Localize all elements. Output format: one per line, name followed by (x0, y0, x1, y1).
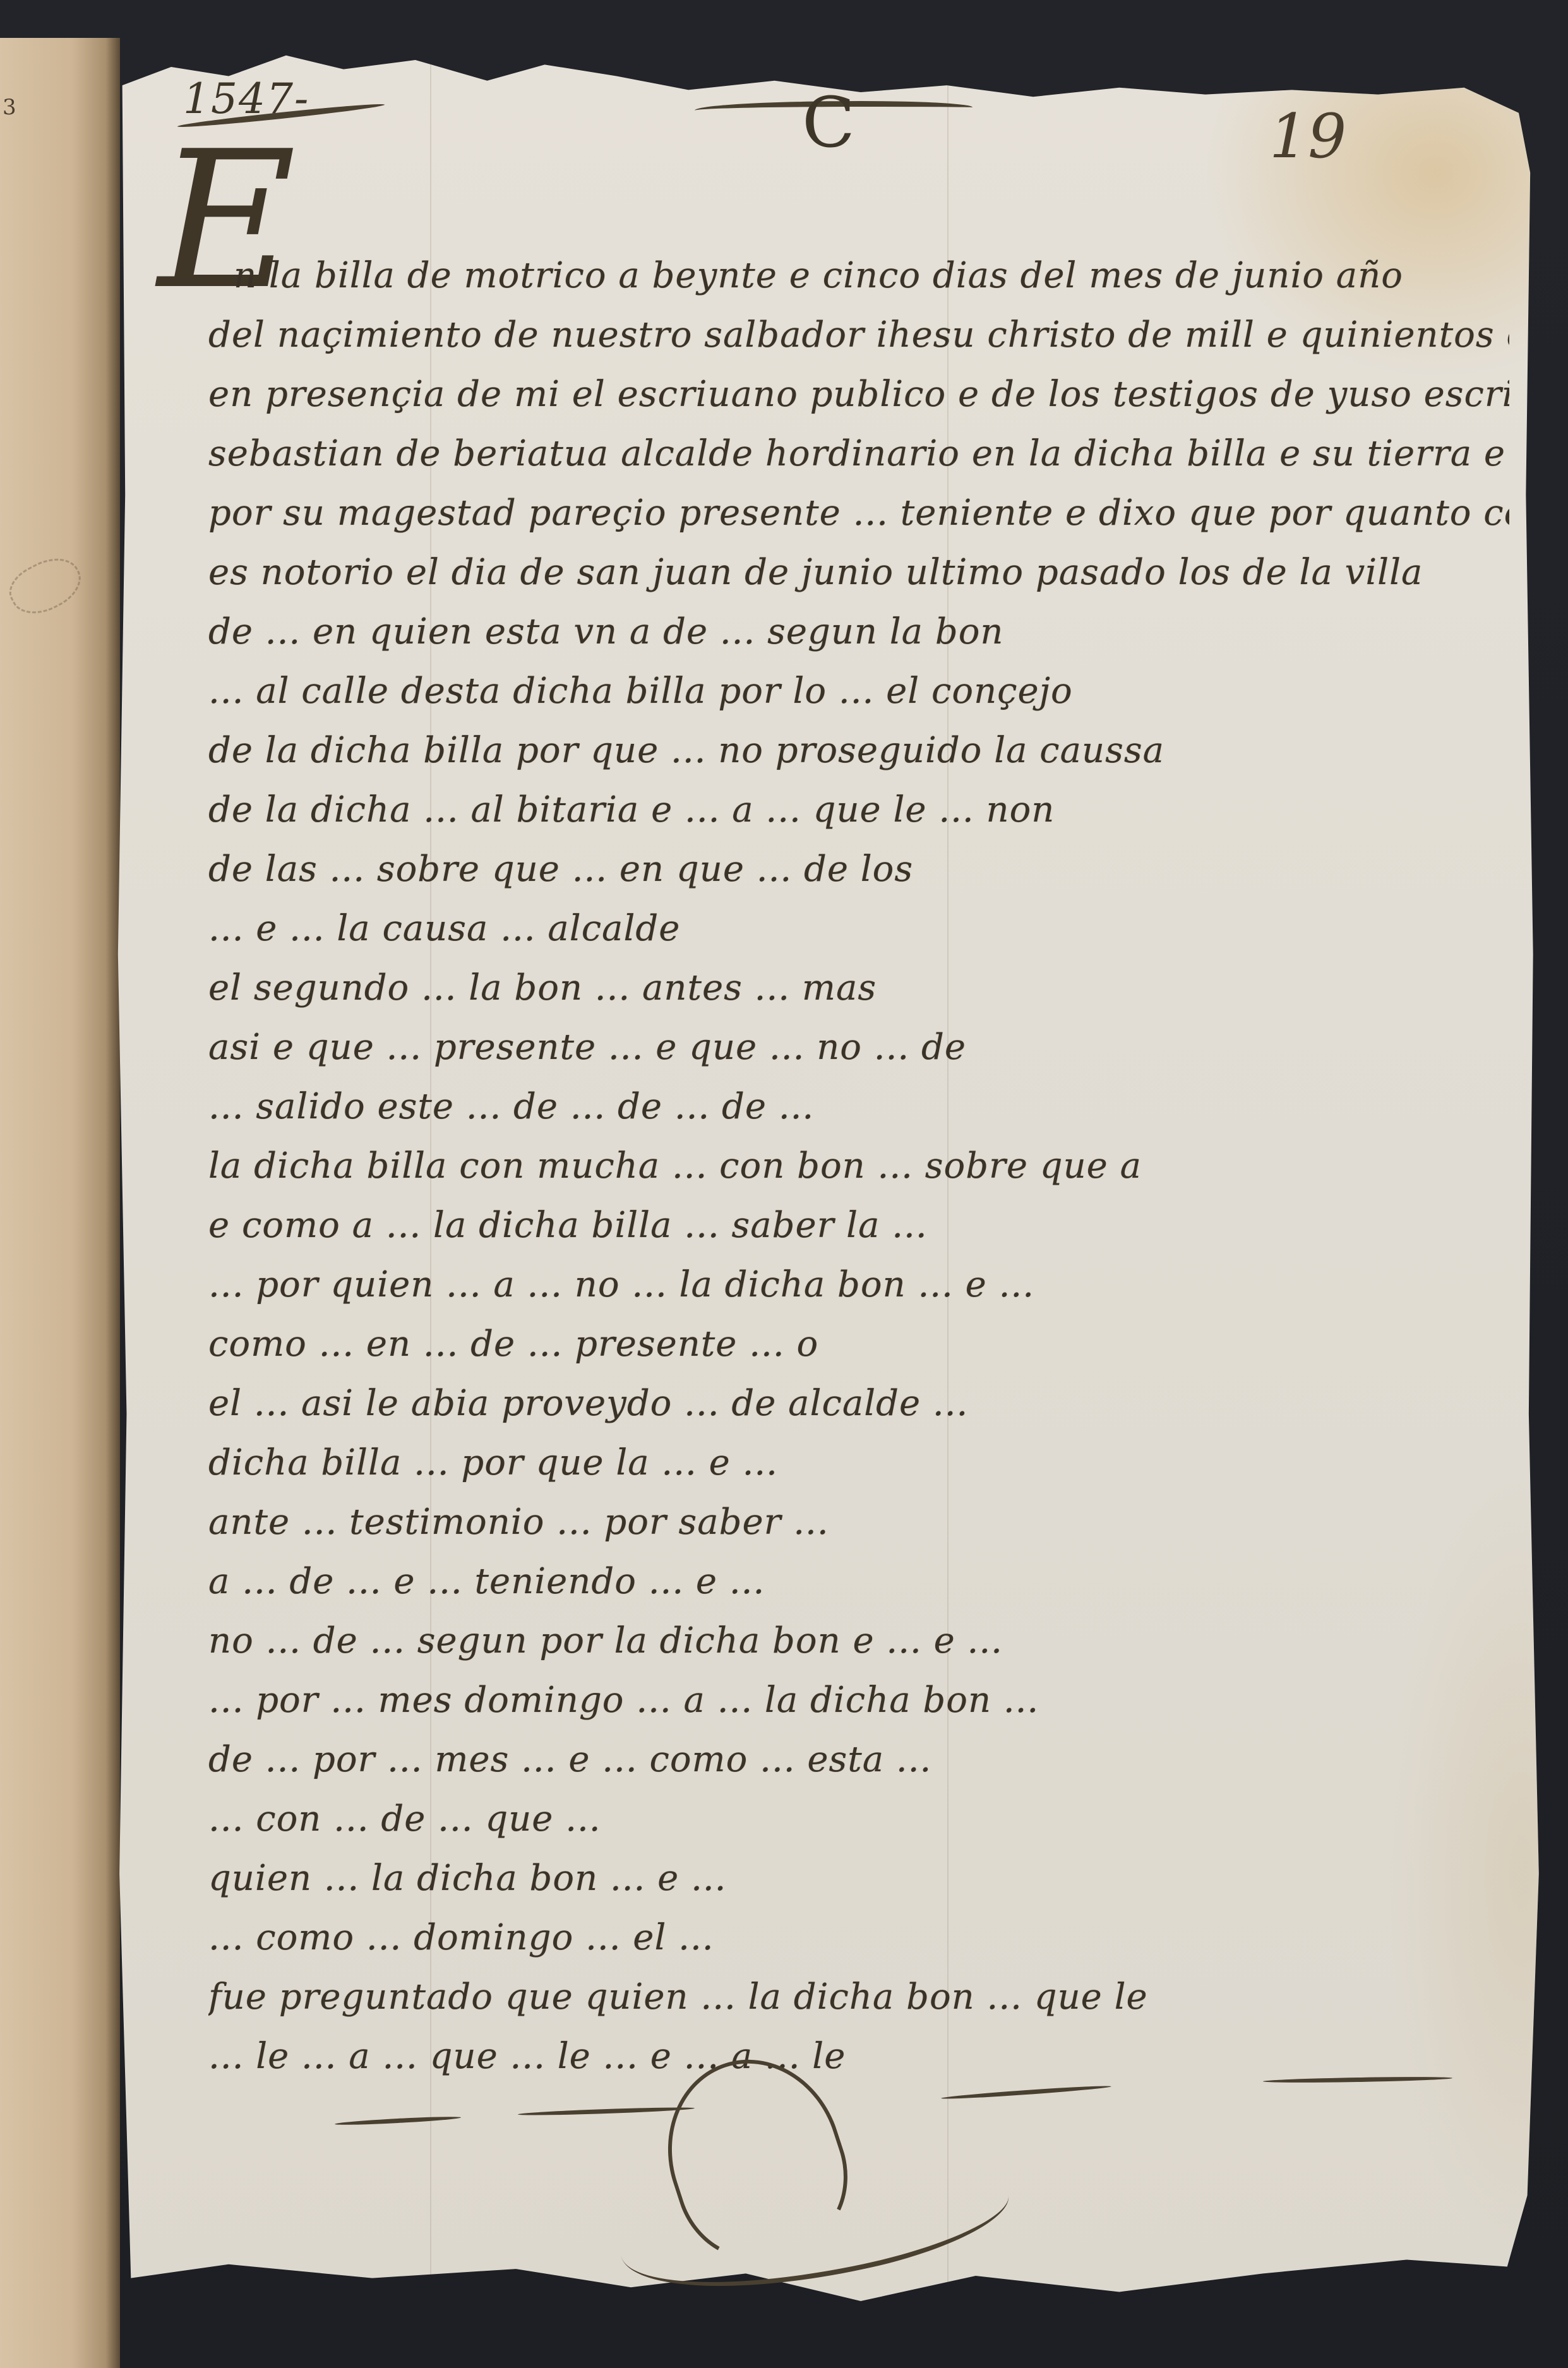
paper-stain (2, 547, 89, 625)
text-line: ... al calle desta dicha billa por lo ..… (208, 662, 1509, 721)
adjacent-left-page: 3 (0, 38, 120, 2368)
text-line: de ... en quien esta vn a de ... segun l… (208, 602, 1509, 662)
folio-number: 19 (1269, 101, 1346, 172)
text-line: ... e ... la causa ... alcalde (208, 899, 1509, 959)
manuscript-scan: 3 1547- C 19 E n la billa de motrico a b… (0, 0, 1568, 2368)
text-line: de ... por ... mes ... e ... como ... es… (208, 1730, 1509, 1790)
text-line: el ... asi le abia proveydo ... de alcal… (208, 1374, 1509, 1433)
text-line: ... salido este ... de ... de ... de ... (208, 1077, 1509, 1137)
text-line: asi e que ... presente ... e que ... no … (208, 1018, 1509, 1077)
text-line: no ... de ... segun por la dicha bon e .… (208, 1612, 1509, 1671)
text-line: la dicha billa con mucha ... con bon ...… (208, 1137, 1509, 1196)
text-line: n la billa de motrico a beynte e cinco d… (208, 246, 1509, 306)
text-line: ... le ... a ... que ... le ... e ... a … (208, 2027, 1509, 2086)
text-line: de la dicha ... al bitaria e ... a ... q… (208, 780, 1509, 840)
text-line: ... con ... de ... que ... (208, 1790, 1509, 1849)
text-line: el segundo ... la bon ... antes ... mas (208, 959, 1509, 1018)
text-line: quien ... la dicha bon ... e ... (208, 1849, 1509, 1908)
manuscript-body: n la billa de motrico a beynte e cinco d… (208, 246, 1509, 2086)
text-line: del naçimiento de nuestro salbador ihesu… (208, 306, 1509, 365)
text-line: sebastian de beriatua alcalde hordinario… (208, 424, 1509, 484)
text-line: en presençia de mi el escriuano publico … (208, 365, 1509, 424)
text-line: ante ... testimonio ... por saber ... (208, 1493, 1509, 1552)
rubric-mark: C (802, 82, 855, 163)
left-page-mark: 3 (3, 95, 16, 120)
text-line: a ... de ... e ... teniendo ... e ... (208, 1552, 1509, 1612)
text-line: como ... en ... de ... presente ... o (208, 1315, 1509, 1374)
text-line: de la dicha billa por que ... no prosegu… (208, 721, 1509, 780)
text-line: e como a ... la dicha billa ... saber la… (208, 1196, 1509, 1255)
text-line: fue preguntado que quien ... la dicha bo… (208, 1968, 1509, 2027)
text-line: dicha billa ... por que la ... e ... (208, 1433, 1509, 1493)
text-line: por su magestad pareçio presente ... ten… (208, 484, 1509, 543)
text-line: ... por quien ... a ... no ... la dicha … (208, 1255, 1509, 1315)
text-line: es notorio el dia de san juan de junio u… (208, 543, 1509, 602)
text-line: ... como ... domingo ... el ... (208, 1908, 1509, 1968)
text-line: ... por ... mes domingo ... a ... la dic… (208, 1671, 1509, 1730)
text-line: de las ... sobre que ... en que ... de l… (208, 840, 1509, 899)
